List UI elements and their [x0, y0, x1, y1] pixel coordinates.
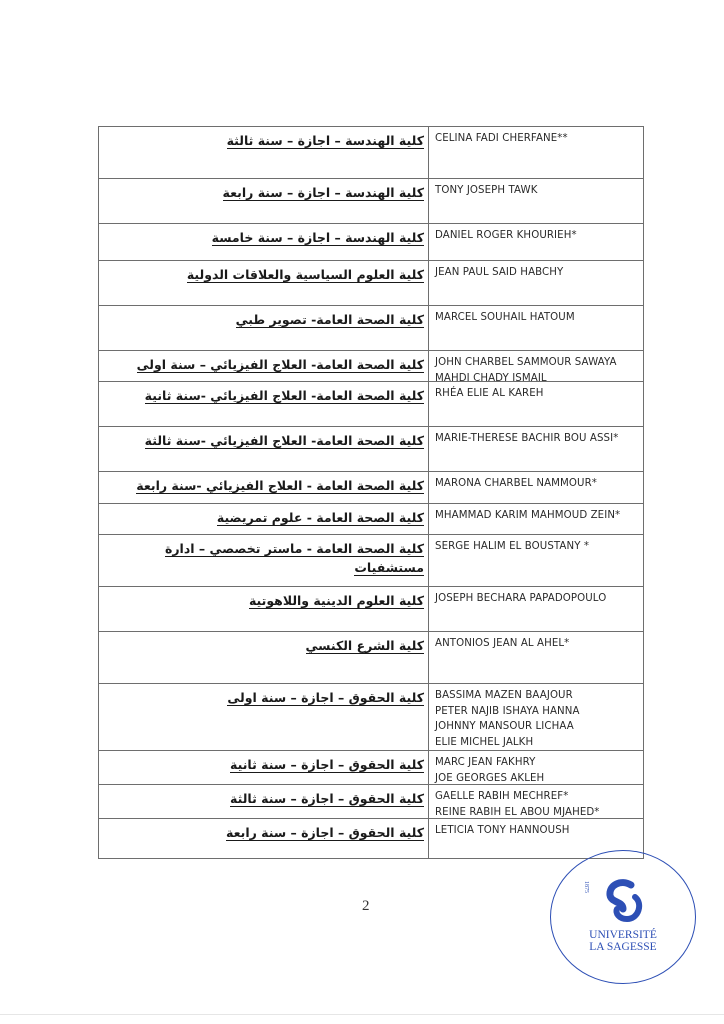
- student-name: JEAN PAUL SAID HABCHY: [435, 265, 643, 281]
- faculty-cell: كلية الصحة العامة - العلاج الفيزيائي -سن…: [99, 472, 429, 503]
- names-cell: MARIE-THERESE BACHIR BOU ASSI*: [429, 427, 643, 471]
- names-cell: MARCEL SOUHAIL HATOUM: [429, 306, 643, 350]
- faculty-cell: كلية الصحة العامة- العلاج الفيزيائي -سنة…: [99, 427, 429, 471]
- names-cell: DANIEL ROGER KHOURIEH*: [429, 224, 643, 260]
- page-edge: [0, 1014, 724, 1015]
- table-row: كلية العلوم السياسية والعلاقات الدوليةJE…: [99, 261, 643, 306]
- student-name: DANIEL ROGER KHOURIEH*: [435, 228, 643, 244]
- faculty-label: كلية الصحة العامة- العلاج الفيزيائي – سن…: [137, 357, 424, 373]
- faculty-cell: كلية الهندسة – اجازة – سنة رابعة: [99, 179, 429, 223]
- names-cell: JOHN CHARBEL SAMMOUR SAWAYAMAHDI CHADY I…: [429, 351, 643, 381]
- student-name: MARC JEAN FAKHRY: [435, 755, 643, 771]
- table-row: كلية الصحة العامة - ماستر تخصصي – ادارة …: [99, 535, 643, 587]
- student-name: LETICIA TONY HANNOUSH: [435, 823, 643, 839]
- student-name: JOE GEORGES AKLEH: [435, 771, 643, 787]
- table-row: كلية الحقوق – اجازة – سنة ثانيةMARC JEAN…: [99, 751, 643, 785]
- faculty-cell: كلية الحقوق – اجازة – سنة اولى: [99, 684, 429, 750]
- student-name: MARONA CHARBEL NAMMOUR*: [435, 476, 643, 492]
- faculty-cell: كلية الهندسة – اجازة – سنة ثالثة: [99, 127, 429, 178]
- faculty-label: كلية الهندسة – اجازة – سنة ثالثة: [227, 133, 424, 149]
- table-row: كلية العلوم الدينية واللاهوتيةJOSEPH BEC…: [99, 587, 643, 632]
- table-row: كلية الصحة العامة - علوم تمريضيةMHAMMAD …: [99, 504, 643, 535]
- faculty-label: كلية الهندسة – اجازة – سنة خامسة: [212, 230, 424, 246]
- faculty-cell: كلية الصحة العامة - ماستر تخصصي – ادارة …: [99, 535, 429, 586]
- faculty-cell: كلية الهندسة – اجازة – سنة خامسة: [99, 224, 429, 260]
- faculty-cell: كلية الصحة العامة- تصوير طبي: [99, 306, 429, 350]
- table-row: كلية الحقوق – اجازة – سنة اولىBASSIMA MA…: [99, 684, 643, 751]
- stamp-line-1: UNIVERSITÉ: [551, 929, 695, 941]
- faculty-label: كلية الصحة العامة- العلاج الفيزيائي -سنة…: [145, 388, 424, 404]
- faculty-label: كلية الصحة العامة - ماستر تخصصي – ادارة …: [165, 541, 424, 576]
- faculty-cell: كلية الشرع الكنسي: [99, 632, 429, 683]
- student-name: TONY JOSEPH TAWK: [435, 183, 643, 199]
- faculty-cell: كلية الصحة العامة- العلاج الفيزيائي – سن…: [99, 351, 429, 381]
- faculty-cell: كلية العلوم الدينية واللاهوتية: [99, 587, 429, 631]
- faculty-cell: كلية الصحة العامة- العلاج الفيزيائي -سنة…: [99, 382, 429, 426]
- table-row: كلية الشرع الكنسيANTONIOS JEAN AL AHEL*: [99, 632, 643, 684]
- faculty-label: كلية الصحة العامة - العلاج الفيزيائي -سن…: [136, 478, 424, 494]
- student-name: MARIE-THERESE BACHIR BOU ASSI*: [435, 431, 643, 447]
- table-row: كلية الحقوق – اجازة – سنة رابعةLETICIA T…: [99, 819, 643, 859]
- student-name: CELINA FADI CHERFANE**: [435, 131, 643, 147]
- stamp-year: 1875: [583, 881, 589, 893]
- student-name: ANTONIOS JEAN AL AHEL*: [435, 636, 643, 652]
- names-cell: ANTONIOS JEAN AL AHEL*: [429, 632, 643, 683]
- page-number: 2: [362, 898, 370, 915]
- faculty-cell: كلية الحقوق – اجازة – سنة رابعة: [99, 819, 429, 858]
- names-cell: MARC JEAN FAKHRYJOE GEORGES AKLEH: [429, 751, 643, 784]
- faculty-label: كلية الصحة العامة- العلاج الفيزيائي -سنة…: [145, 433, 424, 449]
- faculty-cell: كلية الحقوق – اجازة – سنة ثالثة: [99, 785, 429, 818]
- faculty-label: كلية الصحة العامة - علوم تمريضية: [217, 510, 424, 526]
- names-cell: JEAN PAUL SAID HABCHY: [429, 261, 643, 305]
- student-name: RHÉA ELIE AL KAREH: [435, 386, 643, 402]
- names-cell: JOSEPH BECHARA PAPADOPOULO: [429, 587, 643, 631]
- table-row: كلية الصحة العامة- العلاج الفيزيائي -سنة…: [99, 382, 643, 427]
- names-cell: SERGE HALIM EL BOUSTANY *: [429, 535, 643, 586]
- faculty-label: كلية الصحة العامة- تصوير طبي: [236, 312, 424, 328]
- faculty-label: كلية الشرع الكنسي: [306, 638, 425, 654]
- student-name: JOHN CHARBEL SAMMOUR SAWAYA: [435, 355, 643, 371]
- table-row: كلية الصحة العامة - العلاج الفيزيائي -سن…: [99, 472, 643, 504]
- student-name: ELIE MICHEL JALKH: [435, 735, 643, 751]
- table-row: كلية الهندسة – اجازة – سنة ثالثةCELINA F…: [99, 127, 643, 179]
- table-row: كلية الصحة العامة- العلاج الفيزيائي -سنة…: [99, 427, 643, 472]
- faculty-label: كلية الحقوق – اجازة – سنة ثانية: [230, 757, 424, 773]
- faculty-label: كلية الحقوق – اجازة – سنة رابعة: [226, 825, 424, 841]
- students-table: كلية الهندسة – اجازة – سنة ثالثةCELINA F…: [98, 126, 644, 859]
- names-cell: GAELLE RABIH MECHREF*REINE RABIH EL ABOU…: [429, 785, 643, 818]
- table-row: كلية الصحة العامة- العلاج الفيزيائي – سن…: [99, 351, 643, 382]
- student-name: JOSEPH BECHARA PAPADOPOULO: [435, 591, 643, 607]
- university-stamp: 1875 UNIVERSITÉ LA SAGESSE: [550, 850, 696, 984]
- faculty-label: كلية الحقوق – اجازة – سنة ثالثة: [230, 791, 424, 807]
- faculty-label: كلية العلوم الدينية واللاهوتية: [249, 593, 424, 609]
- student-name: MHAMMAD KARIM MAHMOUD ZEIN*: [435, 508, 643, 524]
- names-cell: RHÉA ELIE AL KAREH: [429, 382, 643, 426]
- student-name: PETER NAJIB ISHAYA HANNA: [435, 704, 643, 720]
- faculty-cell: كلية العلوم السياسية والعلاقات الدولية: [99, 261, 429, 305]
- names-cell: MARONA CHARBEL NAMMOUR*: [429, 472, 643, 503]
- faculty-label: كلية العلوم السياسية والعلاقات الدولية: [187, 267, 424, 283]
- university-logo-icon: [601, 877, 647, 923]
- faculty-cell: كلية الصحة العامة - علوم تمريضية: [99, 504, 429, 534]
- faculty-label: كلية الحقوق – اجازة – سنة اولى: [227, 690, 424, 706]
- student-name: SERGE HALIM EL BOUSTANY *: [435, 539, 643, 555]
- names-cell: TONY JOSEPH TAWK: [429, 179, 643, 223]
- student-name: REINE RABIH EL ABOU MJAHED*: [435, 805, 643, 821]
- table-row: كلية الحقوق – اجازة – سنة ثالثةGAELLE RA…: [99, 785, 643, 819]
- table-row: كلية الهندسة – اجازة – سنة خامسةDANIEL R…: [99, 224, 643, 261]
- names-cell: BASSIMA MAZEN BAAJOURPETER NAJIB ISHAYA …: [429, 684, 643, 750]
- table-row: كلية الصحة العامة- تصوير طبيMARCEL SOUHA…: [99, 306, 643, 351]
- student-name: JOHNNY MANSOUR LICHAA: [435, 719, 643, 735]
- student-name: BASSIMA MAZEN BAAJOUR: [435, 688, 643, 704]
- names-cell: CELINA FADI CHERFANE**: [429, 127, 643, 178]
- names-cell: MHAMMAD KARIM MAHMOUD ZEIN*: [429, 504, 643, 534]
- student-name: GAELLE RABIH MECHREF*: [435, 789, 643, 805]
- faculty-cell: كلية الحقوق – اجازة – سنة ثانية: [99, 751, 429, 784]
- stamp-line-2: LA SAGESSE: [551, 941, 695, 953]
- faculty-label: كلية الهندسة – اجازة – سنة رابعة: [223, 185, 424, 201]
- student-name: MARCEL SOUHAIL HATOUM: [435, 310, 643, 326]
- table-row: كلية الهندسة – اجازة – سنة رابعةTONY JOS…: [99, 179, 643, 224]
